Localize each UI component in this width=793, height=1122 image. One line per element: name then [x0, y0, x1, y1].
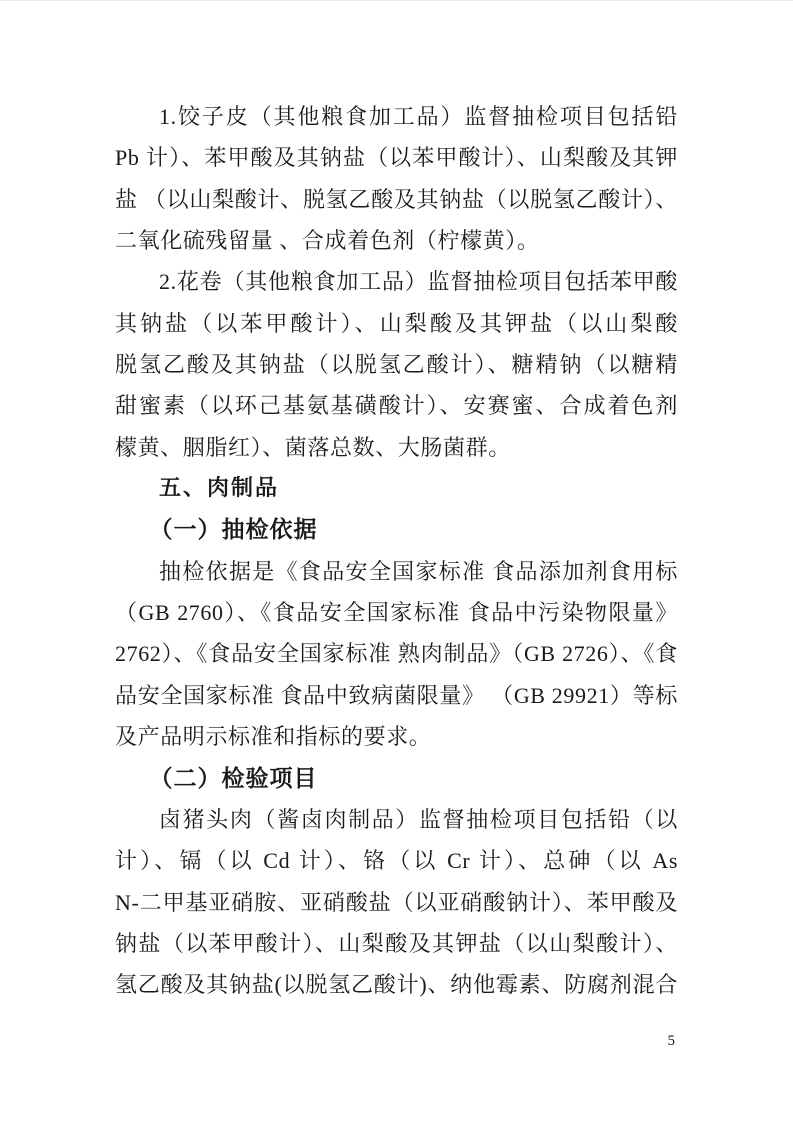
paragraph-line: 甜蜜素（以环己基氨基磺酸计）、安赛蜜、合成着色剂（柠	[115, 385, 678, 426]
section-heading-meat-products: 五、肉制品	[115, 468, 678, 509]
page-top-edge	[0, 0, 793, 1]
paragraph-line: 盐 （以山梨酸计、脱氢乙酸及其钠盐（以脱氢乙酸计）、	[115, 179, 678, 220]
paragraph-line: Pb 计）、苯甲酸及其钠盐（以苯甲酸计）、山梨酸及其钾	[115, 137, 678, 178]
paragraph-line: 抽检依据是《食品安全国家标准 食品添加剂食用标准》	[115, 551, 678, 592]
paragraph-line: 及产品明示标准和指标的要求。	[115, 716, 678, 757]
paragraph-line: 卤猪头肉（酱卤肉制品）监督抽检项目包括铅（以 Pb	[115, 799, 678, 840]
subsection-heading-sampling-basis: （一）抽检依据	[115, 509, 678, 550]
paragraph-line: 其钠盐（以苯甲酸计）、山梨酸及其钾盐（以山梨酸计）、	[115, 303, 678, 344]
paragraph-line: 二氧化硫残留量 、合成着色剂（柠檬黄）。	[115, 220, 678, 261]
paragraph-line: 氢乙酸及其钠盐(以脱氢乙酸计)、纳他霉素、防腐剂混合使	[115, 964, 678, 1005]
paragraph-line: 钠盐（以苯甲酸计）、山梨酸及其钾盐（以山梨酸计）、脱	[115, 923, 678, 964]
page-number: 5	[668, 1031, 676, 1051]
subsection-heading-inspection-items: （二）检验项目	[115, 758, 678, 799]
page-body-text: 1.饺子皮（其他粮食加工品）监督抽检项目包括铅（以 Pb 计）、苯甲酸及其钠盐（…	[115, 96, 678, 1006]
paragraph-line: N-二甲基亚硝胺、亚硝酸盐（以亚硝酸钠计）、苯甲酸及其	[115, 882, 678, 923]
paragraph-line: 计）、镉（以 Cd 计）、铬（以 Cr 计）、总砷（以 As 计）、	[115, 840, 678, 881]
paragraph-line: 1.饺子皮（其他粮食加工品）监督抽检项目包括铅（以	[115, 96, 678, 137]
paragraph-line: （GB 2760）、《食品安全国家标准 食品中污染物限量》（GB	[115, 592, 678, 633]
document-page: 1.饺子皮（其他粮食加工品）监督抽检项目包括铅（以 Pb 计）、苯甲酸及其钠盐（…	[0, 0, 793, 1122]
paragraph-line: 2762）、《食品安全国家标准 熟肉制品》（GB 2726）、《食	[115, 633, 678, 674]
paragraph-line: 檬黄、胭脂红）、菌落总数、大肠菌群。	[115, 427, 678, 468]
paragraph-line: 2.花卷（其他粮食加工品）监督抽检项目包括苯甲酸及	[115, 261, 678, 302]
paragraph-line: 脱氢乙酸及其钠盐（以脱氢乙酸计）、糖精钠（以糖精计） 、	[115, 344, 678, 385]
paragraph-line: 品安全国家标准 食品中致病菌限量》 （GB 29921）等标准	[115, 675, 678, 716]
